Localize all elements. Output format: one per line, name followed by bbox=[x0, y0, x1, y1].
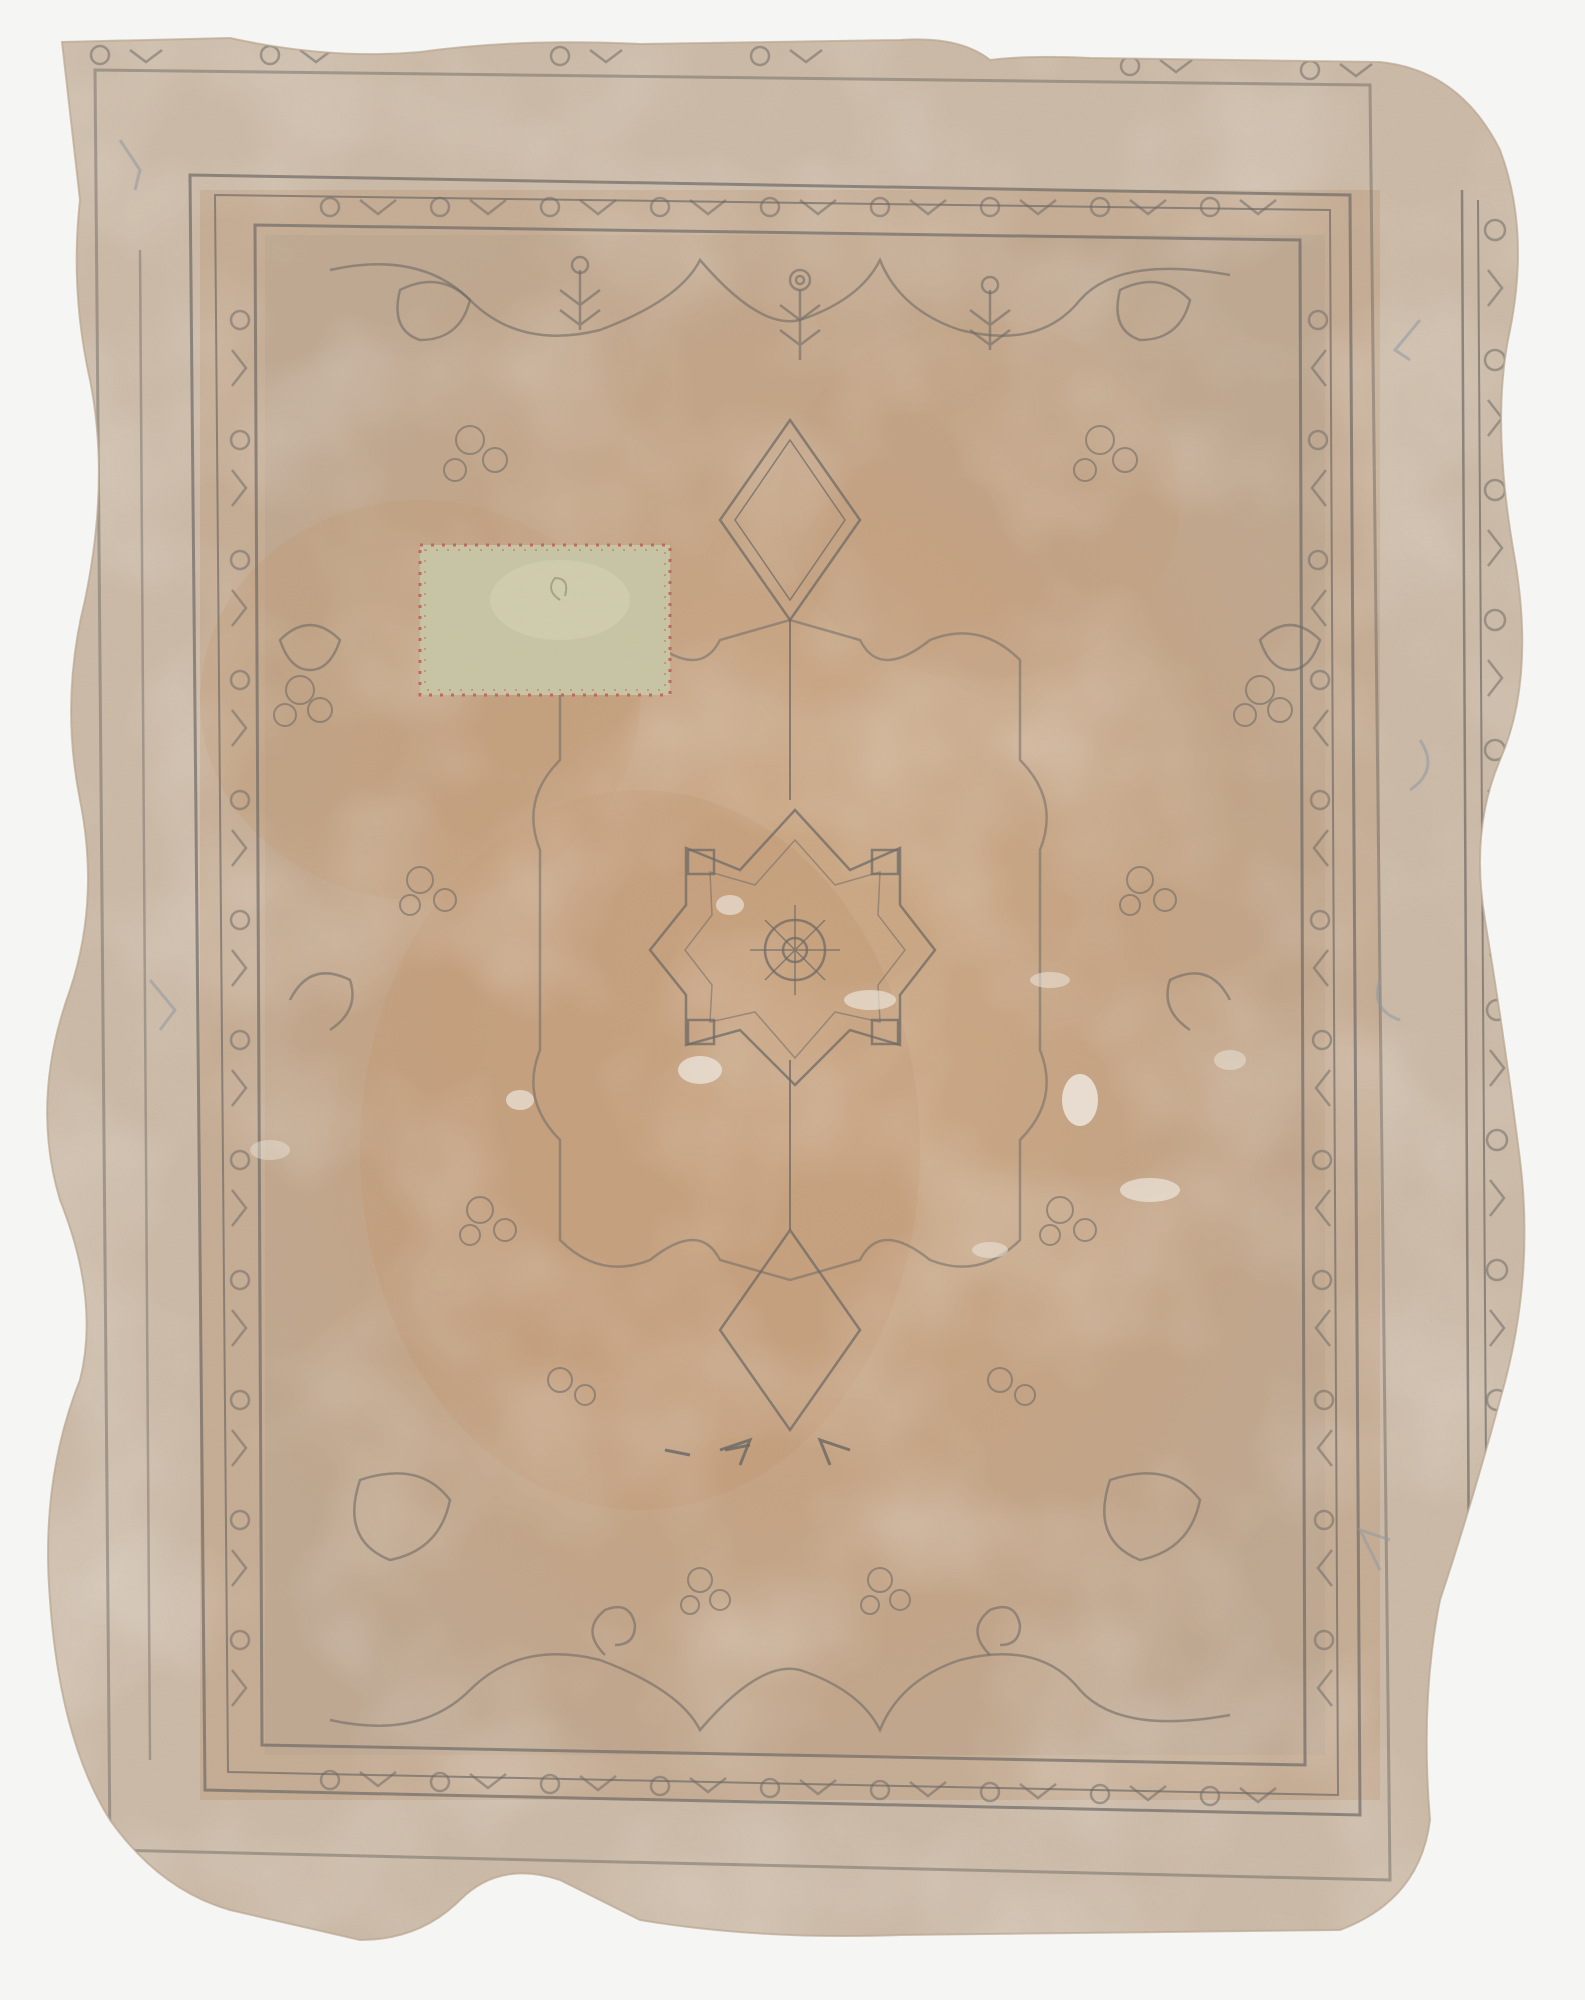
rug-photo bbox=[0, 0, 1585, 2000]
rug-body bbox=[0, 0, 1585, 2000]
repair-patch bbox=[420, 545, 670, 695]
rug-illustration bbox=[0, 0, 1585, 2000]
